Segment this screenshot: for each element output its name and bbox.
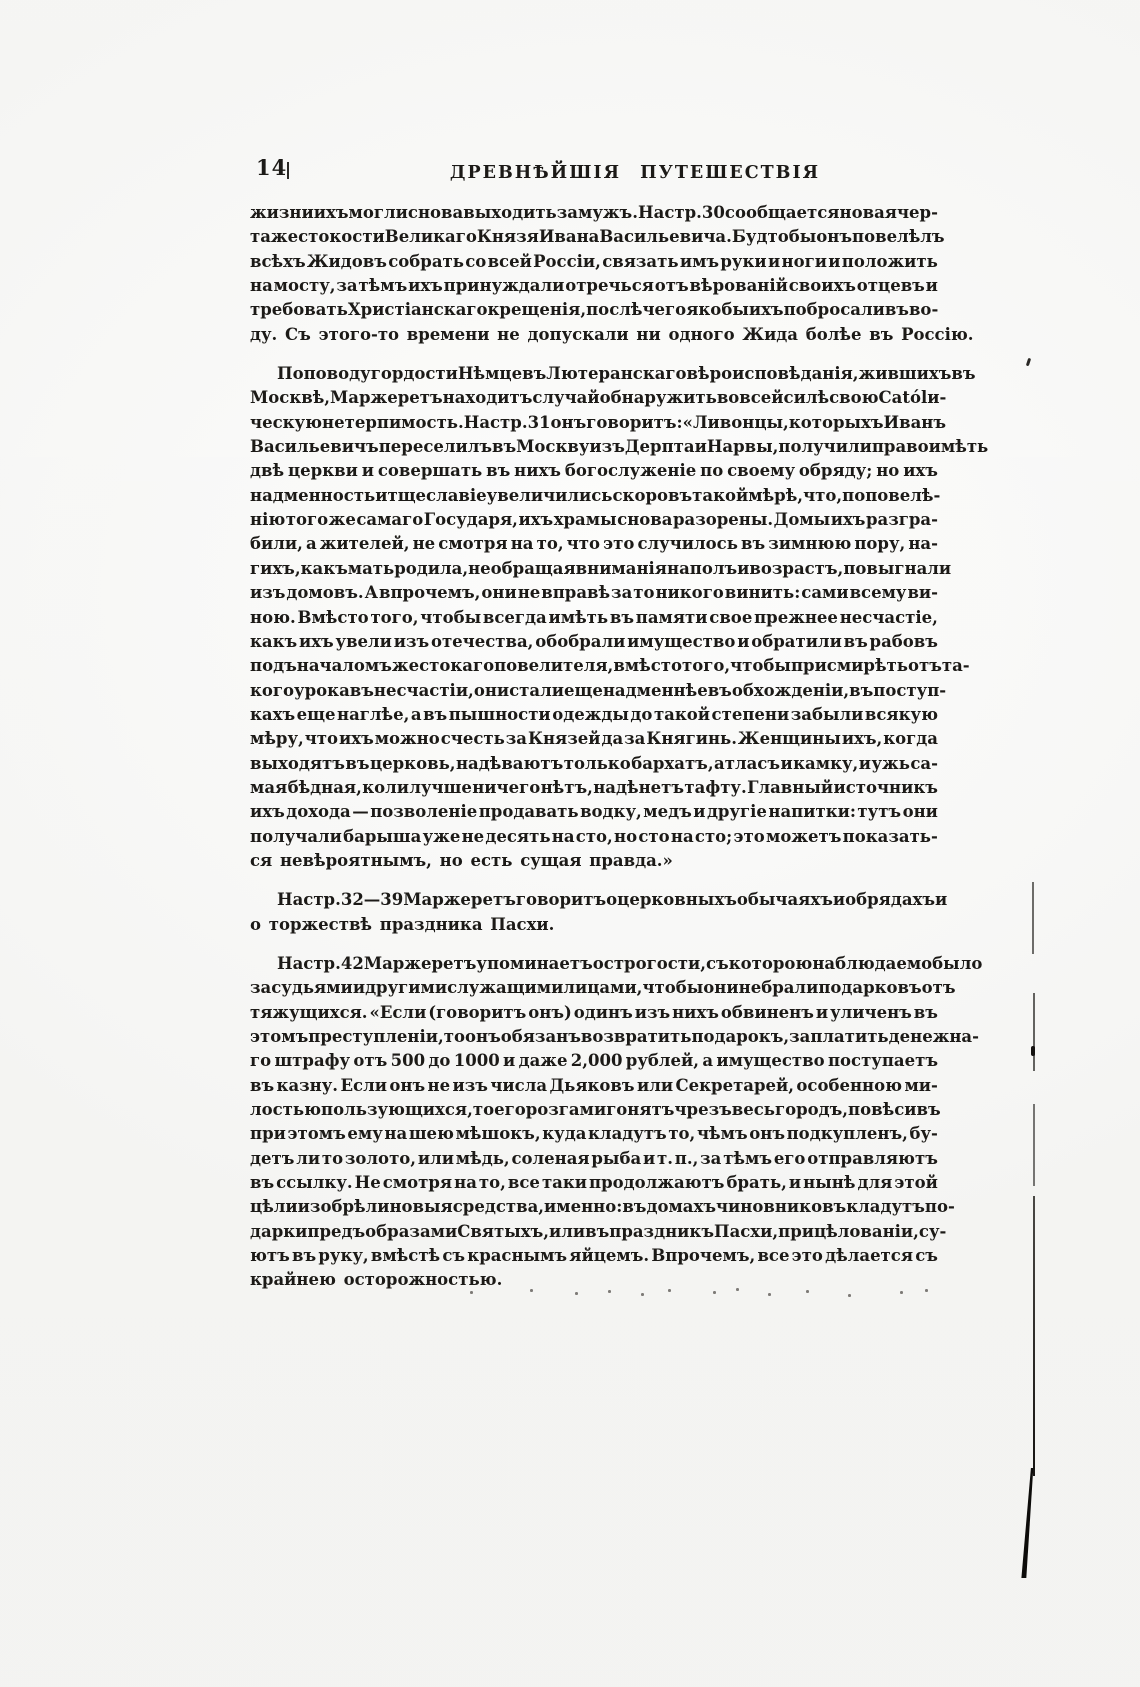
word: своихъ [789, 274, 856, 298]
word: въ [622, 1195, 646, 1219]
word: нихъ [514, 459, 561, 483]
word: нынѣ [803, 1171, 855, 1195]
word: степени [712, 703, 790, 727]
word: Князей [528, 727, 601, 751]
word: золото, [345, 1147, 416, 1171]
word: за [336, 274, 357, 298]
word: смотря [438, 532, 507, 556]
word: 42 [341, 952, 364, 976]
word: сто, [576, 825, 613, 849]
word: судьями [271, 976, 353, 1000]
word: и [693, 800, 705, 824]
word: ссылку. [276, 1171, 353, 1195]
word: Домы [774, 508, 831, 532]
word: вѣрованій [690, 274, 788, 298]
scan-speck [608, 1290, 611, 1293]
word: на [671, 825, 694, 849]
word: для [857, 1171, 892, 1195]
word: жестокости [271, 225, 385, 249]
word: или [637, 1074, 673, 1098]
word: Если [340, 1074, 387, 1098]
word: пышности [449, 703, 551, 727]
word: ною. [250, 606, 296, 630]
text-line: о торжествѣ праздника Пасхи. [250, 913, 938, 937]
word: переселилъ [379, 435, 492, 459]
word: били, [250, 532, 303, 556]
paragraph: ПоповодугордостиНѣмцевъЛютеранскаговѣрои… [250, 362, 938, 873]
word: обвиненъ [721, 1001, 814, 1025]
word: можно [375, 727, 440, 751]
word: мѣрѣ, [748, 484, 803, 508]
page-number-tick-mark [287, 162, 289, 179]
word: кахъ [250, 703, 295, 727]
word: сто; [695, 825, 732, 849]
word: обращая [491, 557, 576, 581]
text-line: въссылку.Несмотрянато,всетакипродолжаютъ… [250, 1171, 938, 1195]
word: го [250, 1049, 271, 1073]
word: не [518, 581, 541, 605]
text-line: ся невѣроятнымъ, но есть сущая правда.» [250, 849, 938, 873]
word: сообщается [725, 201, 840, 225]
word: не [428, 1074, 451, 1098]
word: новыя [389, 1195, 452, 1219]
word: же [329, 508, 356, 532]
word: выходить [463, 201, 557, 225]
word: церкви [288, 459, 358, 483]
word: тутъ [857, 800, 901, 824]
word: мѣдь, [456, 1147, 510, 1171]
word: Нѣмцевъ [458, 362, 546, 386]
word: что, [803, 484, 842, 508]
word: 30 [702, 201, 725, 225]
word: въ [250, 1074, 274, 1098]
word: водку, [580, 800, 642, 824]
word: обряду; [799, 459, 872, 483]
word: поступ- [873, 679, 946, 703]
word: и [816, 1001, 828, 1025]
word: обнаружить [600, 386, 717, 410]
word: поступаетъ [828, 1049, 938, 1073]
word: изъ [589, 435, 624, 459]
word: 2,000 [571, 1049, 623, 1073]
word: еще [297, 703, 336, 727]
word: сто [638, 825, 669, 849]
word: несчастіе, [840, 606, 938, 630]
word: собрать [388, 250, 464, 274]
text-line: засудьямиидругимислужащимилицами,чтобыон… [250, 976, 938, 1000]
word: упоминаетъ [476, 952, 592, 976]
word: руку, [318, 1244, 368, 1268]
word: ноги [782, 250, 827, 274]
word: та [250, 225, 271, 249]
word: всей [739, 386, 783, 410]
word: строгости, [604, 952, 706, 976]
word: того, [370, 606, 418, 630]
word: По [277, 362, 304, 386]
word: нихъ [672, 1001, 719, 1025]
word: того, [682, 654, 730, 678]
text-line: выходятъвъцерковь,надѣваютътолькобархатъ… [250, 752, 938, 776]
word: яко [686, 298, 721, 322]
scan-edge-line [1032, 882, 1034, 954]
text-line: цѣлиизобрѣлиновыясредства,именно:въдомах… [250, 1195, 938, 1219]
word: бы [789, 225, 817, 249]
word: Москву [516, 435, 589, 459]
word: одинъ [574, 1001, 633, 1025]
word: какъ [250, 630, 297, 654]
word: гонятъ [606, 1098, 674, 1122]
word: даже [519, 1049, 568, 1073]
word: тяжущихся. [250, 1001, 368, 1025]
word: того [286, 508, 328, 532]
word: что [567, 532, 600, 556]
word: штрафу [274, 1049, 350, 1073]
word: не [413, 532, 436, 556]
word: рублей, [626, 1049, 699, 1073]
word: и [375, 484, 387, 508]
body-text: жизниихъмоглисновавыходитьзамужъ.Настр.3… [250, 201, 938, 1293]
word: отъ [922, 976, 956, 1000]
word: бы [721, 298, 749, 322]
word: Княгинь. [646, 727, 737, 751]
word: до [428, 1049, 450, 1073]
word: напитки: [768, 800, 856, 824]
word: подарокъ, [691, 1025, 789, 1049]
word: одежды [552, 703, 629, 727]
word: продавать [479, 800, 579, 824]
scan-edge-line [1033, 1104, 1035, 1186]
word: пользующихся, [321, 1098, 473, 1122]
word: позволеніе [370, 800, 477, 824]
text-line: ВасильевичъпереселилъвъМосквуизъДерптаиН… [250, 435, 938, 459]
word: во [717, 386, 739, 410]
word: 31 [528, 411, 551, 435]
word: Маржеретъ [330, 386, 443, 410]
word: вмѣстѣ [371, 1244, 440, 1268]
word: другіе [707, 800, 767, 824]
word: чер- [897, 201, 938, 225]
word: Вмѣсто [298, 606, 369, 630]
word: а [411, 703, 422, 727]
word: чтобы [730, 654, 791, 678]
word: своему [727, 459, 795, 483]
word: жестокаго [392, 654, 494, 678]
word: жителей, [320, 532, 410, 556]
word: Пасхи, [714, 1220, 778, 1244]
word: медъ [643, 800, 692, 824]
word: которыхъ [789, 411, 884, 435]
word: рабовъ [870, 630, 938, 654]
word: 500 [391, 1049, 425, 1073]
word: свою [829, 386, 878, 410]
word: преступленіи, [308, 1025, 443, 1049]
word: церковныхъ [617, 888, 737, 912]
word: и [737, 630, 749, 654]
word: разгра- [866, 508, 938, 532]
word: гихъ, [250, 557, 301, 581]
word: поводу [304, 362, 371, 386]
word: предъ [307, 1220, 365, 1244]
word: это [792, 1244, 823, 1268]
word: соленая [511, 1147, 589, 1171]
word: смотря [383, 1171, 452, 1195]
word: коли [362, 776, 409, 800]
word: вправѣ [541, 581, 610, 605]
word: Будто [732, 225, 789, 249]
word: въ [668, 484, 692, 508]
word: онъ [389, 1074, 425, 1098]
word: никого [655, 581, 723, 605]
word: городъ, [775, 1098, 848, 1122]
word: образами [365, 1220, 457, 1244]
text-line: тяжущихся.«Если(говоритъонъ)одинъизънихъ… [250, 1001, 938, 1025]
word: въ [345, 752, 369, 776]
word: Маржеретъ [364, 952, 477, 976]
word: подкупленъ, [787, 1122, 908, 1146]
word: въ [250, 1171, 274, 1195]
word: повыгнали [843, 557, 951, 581]
word: этомъ [287, 1122, 345, 1146]
word: при [778, 1220, 814, 1244]
word: совершать [378, 459, 482, 483]
word: на [250, 274, 273, 298]
word: имущество [627, 630, 735, 654]
word: то [633, 581, 654, 605]
word: они [474, 679, 509, 703]
word: мая [250, 776, 287, 800]
word: служащими [447, 976, 563, 1000]
word: храмы [554, 508, 617, 532]
word: онъ [465, 1025, 501, 1049]
word: камку, [793, 752, 858, 776]
word: стр. [490, 411, 528, 435]
text-line: детълитозолото,илимѣдь,соленаярыбаит.п.,… [250, 1147, 938, 1171]
word: счесть [441, 727, 505, 751]
word: о [593, 952, 604, 976]
word: Москвѣ, [250, 386, 330, 410]
word: Лютеранскаго [546, 362, 686, 386]
word: 1000 [454, 1049, 500, 1073]
word: Святыхъ, [457, 1220, 549, 1244]
word: связать [602, 250, 678, 274]
paragraph: Настр.32—39Маржеретъговоритъоцерковныхъо… [250, 888, 938, 937]
word: до [630, 703, 652, 727]
word: детъ [250, 1147, 294, 1171]
word: Дерпта [625, 435, 695, 459]
word: всей [488, 250, 532, 274]
word: Секретарей, [676, 1074, 795, 1098]
word: ужь [871, 752, 909, 776]
word: на [384, 1122, 407, 1146]
word: денежна- [889, 1025, 979, 1049]
word: но [614, 825, 637, 849]
word: какъ [301, 557, 348, 581]
word: продолжаютъ [589, 1171, 724, 1195]
word: стр. [664, 201, 702, 225]
word: то [322, 1147, 343, 1171]
word: наглѣе, [337, 703, 409, 727]
scan-edge-blob [1031, 1046, 1035, 1056]
text-line: ніютогожесамагоГосударя,ихъхрамысновараз… [250, 508, 938, 532]
scan-edge-line [1033, 1196, 1035, 1476]
word: несчастіи, [374, 679, 474, 703]
word: говоритъ: [586, 411, 682, 435]
scan-speck [530, 1289, 533, 1292]
word: на [667, 557, 690, 581]
word: повелителя, [494, 654, 613, 678]
word: случай [532, 386, 599, 410]
word: барыша [343, 825, 421, 849]
word: надменность [250, 484, 375, 508]
word: брали [761, 976, 818, 1000]
text-line: ихъдохода—позволеніепродаватьводку,медъи… [250, 800, 938, 824]
text-line: гихъ,какъматьродила,необращаявниманіянап… [250, 557, 938, 581]
scan-speck [641, 1293, 644, 1296]
word: въ [914, 1001, 938, 1025]
word: казну. [277, 1074, 339, 1098]
word: ихъ [339, 727, 374, 751]
word: цѣлованіи, [814, 1220, 919, 1244]
word: всѣхъ [250, 250, 306, 274]
word: двѣ [250, 459, 284, 483]
word: въ [492, 435, 516, 459]
text-line: маябѣдная,колилучшеничегонѣтъ,надѣнетъта… [250, 776, 938, 800]
word: всякую [865, 703, 938, 727]
text-line: подъначаломъжестокагоповелителя,вмѣстото… [250, 654, 938, 678]
word: Главный [747, 776, 833, 800]
word: тафту. [684, 776, 746, 800]
word: надѣнетъ [593, 776, 684, 800]
word: 32—39 [341, 888, 403, 912]
word: повелѣлъ [852, 225, 945, 249]
word: ютъ [250, 1244, 290, 1268]
word: Государя, [424, 508, 518, 532]
word: въ [708, 679, 732, 703]
word: отечества, [431, 630, 533, 654]
scan-speck [1026, 358, 1031, 366]
word: о [606, 888, 617, 912]
word: домовъ. [286, 581, 363, 605]
word: принуждали [444, 274, 565, 298]
word: ихъ [299, 630, 334, 654]
page-number: 14 [256, 155, 287, 180]
word: имѣть [549, 606, 609, 630]
word: подъ [250, 654, 297, 678]
word: въ [951, 362, 975, 386]
word: скоро [613, 484, 669, 508]
word: особенною [796, 1074, 902, 1098]
word: да [601, 727, 623, 751]
word: винить: [725, 581, 801, 605]
word: дѣлается [825, 1244, 913, 1268]
word: случилось [637, 532, 737, 556]
word: весь [732, 1098, 775, 1122]
word: но [876, 459, 899, 483]
word: заплатить [789, 1025, 889, 1049]
word: Россіи, [533, 250, 601, 274]
text-line: били,ажителей,несмотрянато,чтоэтослучило… [250, 532, 938, 556]
word: ихъ [250, 800, 285, 824]
word: краснымъ [467, 1244, 567, 1268]
word: — [352, 800, 369, 824]
word: кого [250, 679, 294, 703]
word: и [859, 752, 871, 776]
word: имущество [716, 1049, 824, 1073]
running-header: ДРЕВНѢЙШІЯ ПУТЕШЕСТВІЯ [400, 163, 870, 183]
word: и [737, 557, 749, 581]
text-line: получалибарышауженедесятьнасто,ностонаст… [250, 825, 938, 849]
word: нію [250, 508, 285, 532]
word: рыба [591, 1147, 641, 1171]
word: лучше [409, 776, 472, 800]
word: и [828, 250, 840, 274]
word: выходятъ [250, 752, 345, 776]
word: п., [675, 1147, 699, 1171]
word: церковь, [370, 752, 456, 776]
scan-speck [736, 1288, 739, 1291]
word: по [700, 459, 723, 483]
word: то, [479, 1171, 506, 1195]
word: Маржеретъ [403, 888, 516, 912]
word: силѣ [784, 386, 830, 410]
word: изъ [453, 1074, 488, 1098]
word: жившихъ [859, 362, 952, 386]
word: ихъ [518, 508, 553, 532]
word: вмѣсто [613, 654, 682, 678]
word: кладутъ [846, 1195, 925, 1219]
word: съ [706, 952, 729, 976]
word: Васильевича. [599, 225, 731, 249]
word: онъ [749, 1122, 785, 1146]
word: снова [617, 508, 672, 532]
word: по- [925, 1195, 955, 1219]
word: онъ [816, 225, 852, 249]
word: куда [542, 1122, 586, 1146]
word: или [549, 1220, 585, 1244]
word: и [789, 1171, 801, 1195]
word: не [468, 557, 491, 581]
text-line: лостьюпользующихся,тоегорозгамигонятъчре… [250, 1098, 938, 1122]
word: они [481, 581, 516, 605]
word: Христіанскаго [348, 298, 488, 322]
word: такой [654, 703, 710, 727]
word: отправляютъ [807, 1147, 938, 1171]
word: отцевъ [857, 274, 925, 298]
word: въ [350, 679, 374, 703]
word: за [700, 1147, 721, 1171]
word: то [444, 1025, 465, 1049]
word: и [695, 435, 707, 459]
word: числа [490, 1074, 547, 1098]
word: чрезъ [674, 1098, 731, 1122]
word: отъ [908, 654, 942, 678]
scan-speck [575, 1292, 578, 1295]
word: стали [509, 679, 564, 703]
word: всегда [483, 606, 547, 630]
word: повѣсивъ [848, 1098, 941, 1122]
word: мосту, [274, 274, 336, 298]
word: говоритъ [516, 888, 606, 912]
word: требовать [250, 298, 348, 322]
word: и [780, 752, 792, 776]
word: ихъ [831, 508, 866, 532]
paragraph: Настр.42Маржеретъупоминаетъострогости,съ… [250, 952, 938, 1293]
word: ихъ [408, 274, 443, 298]
word: въ [849, 679, 873, 703]
word: со [465, 250, 486, 274]
word: розгами [526, 1098, 606, 1122]
word: они [903, 800, 938, 824]
